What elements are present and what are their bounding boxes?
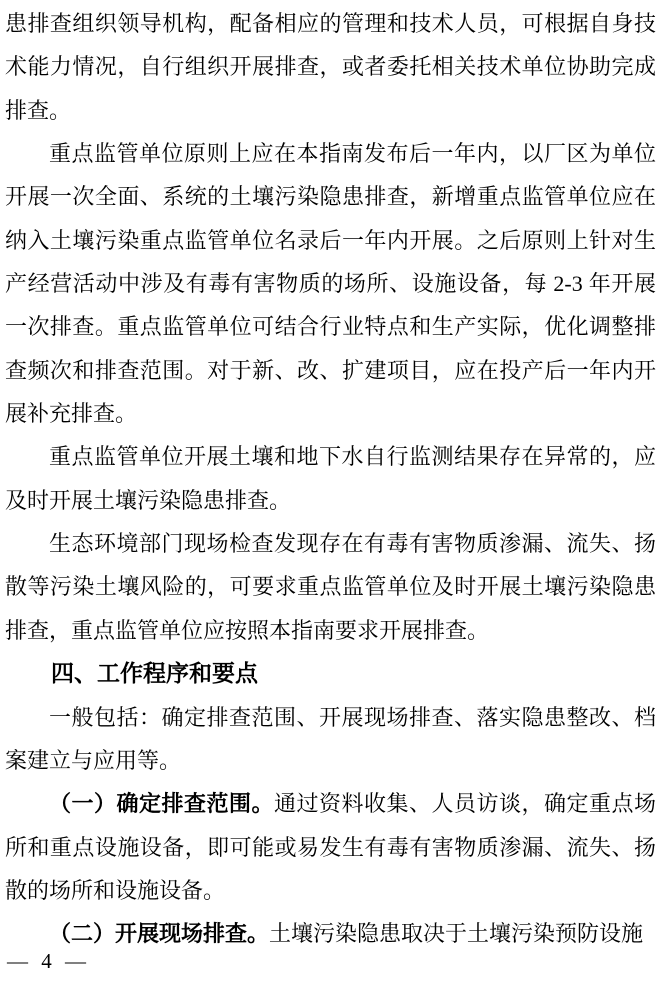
document-page: 患排查组织领导机构，配备相应的管理和技术人员，可根据自身技术能力情况，自行组织开… <box>0 0 661 983</box>
paragraph: 重点监管单位原则上应在本指南发布后一年内，以厂区为单位开展一次全面、系统的土壤污… <box>5 132 656 435</box>
paragraph-continuation: 患排查组织领导机构，配备相应的管理和技术人员，可根据自身技术能力情况，自行组织开… <box>5 2 656 132</box>
paragraph: 重点监管单位开展土壤和地下水自行监测结果存在异常的，应及时开展土壤污染隐患排查。 <box>5 435 656 522</box>
section-heading: 四、工作程序和要点 <box>5 652 656 695</box>
paragraph: 生态环境部门现场检查发现存在有毒有害物质渗漏、流失、扬散等污染土壤风险的，可要求… <box>5 522 656 652</box>
paragraph: （二）开展现场排查。土壤污染隐患取决于土壤污染预防设施 <box>5 912 656 955</box>
page-number: — 4 — <box>7 949 90 974</box>
paragraph-lead-bold: （二）开展现场排查。 <box>49 921 269 946</box>
paragraph-lead-bold: （一）确定排查范围。 <box>49 791 274 816</box>
paragraph: （一）确定排查范围。通过资料收集、人员访谈，确定重点场所和重点设施设备，即可能或… <box>5 782 656 912</box>
paragraph: 一般包括：确定排查范围、开展现场排查、落实隐患整改、档案建立与应用等。 <box>5 696 656 783</box>
paragraph-text: 土壤污染隐患取决于土壤污染预防设施 <box>269 921 643 946</box>
